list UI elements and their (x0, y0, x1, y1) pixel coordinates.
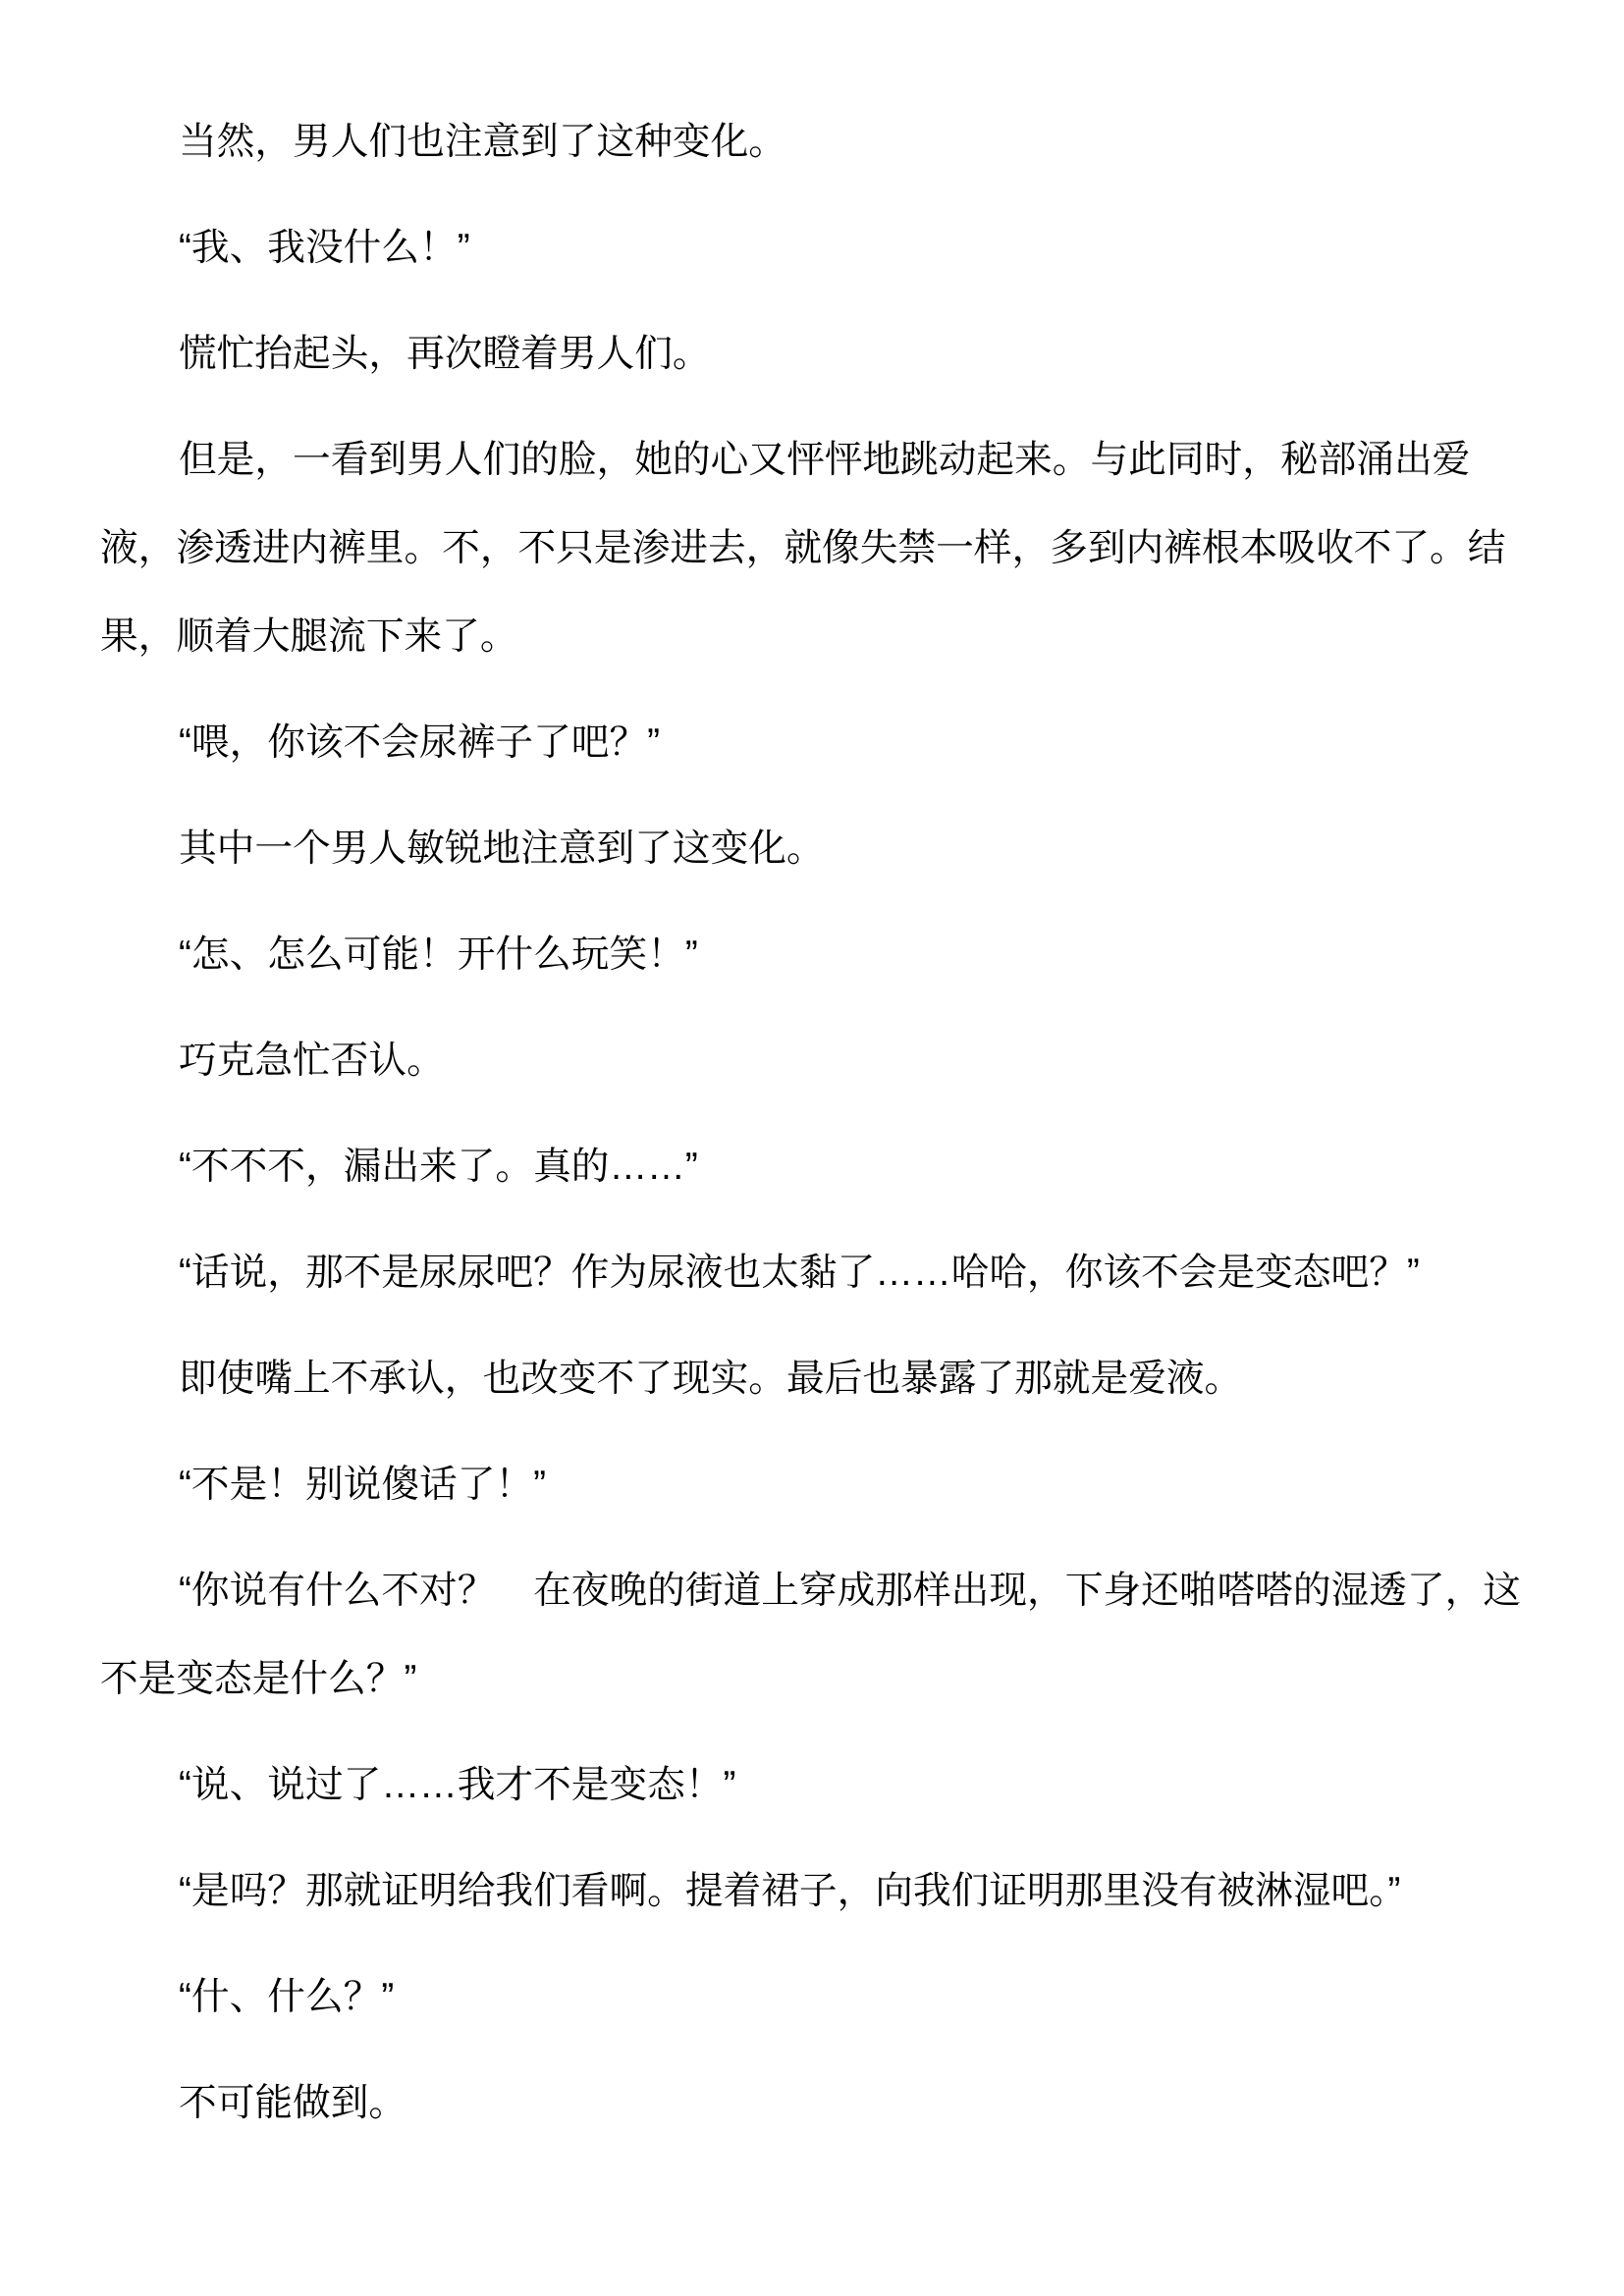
paragraph: 慌忙抬起头，再次瞪着男人们。 (100, 310, 1543, 399)
paragraph: “说、说过了……我才不是变态！” (100, 1741, 1543, 1830)
text-line: “话说，那不是尿尿吧？作为尿液也太黏了……哈哈，你该不会是变态吧？” (100, 1229, 1543, 1317)
paragraph: 当然，男人们也注意到了这种变化。 (100, 98, 1543, 187)
paragraph: “喂，你该不会尿裤子了吧？” (100, 699, 1543, 787)
text-line: “喂，你该不会尿裤子了吧？” (100, 699, 1543, 787)
paragraph: “不不不，漏出来了。真的……” (100, 1123, 1543, 1211)
text-line: “怎、怎么可能！开什么玩笑！” (100, 911, 1543, 999)
text-line: 液，渗透进内裤里。不，不只是渗进去，就像失禁一样，多到内裤根本吸收不了。结 (100, 505, 1543, 593)
paragraph: 但是，一看到男人们的脸，她的心又怦怦地跳动起来。与此同时，秘部涌出爱液，渗透进内… (100, 416, 1543, 681)
paragraph: “是吗？那就证明给我们看啊。提着裙子，向我们证明那里没有被淋湿吧。” (100, 1847, 1543, 1936)
text-line: “你说有什么不对？ 在夜晚的街道上穿成那样出现，下身还啪嗒嗒的湿透了，这 (100, 1547, 1543, 1635)
paragraph: “不是！别说傻话了！” (100, 1441, 1543, 1529)
text-line: 但是，一看到男人们的脸，她的心又怦怦地跳动起来。与此同时，秘部涌出爱 (100, 416, 1543, 505)
paragraph: “你说有什么不对？ 在夜晚的街道上穿成那样出现，下身还啪嗒嗒的湿透了，这不是变态… (100, 1547, 1543, 1724)
text-line: 果，顺着大腿流下来了。 (100, 593, 1543, 681)
paragraph: 不可能做到。 (100, 2059, 1543, 2148)
paragraph: 即使嘴上不承认，也改变不了现实。最后也暴露了那就是爱液。 (100, 1335, 1543, 1423)
text-line: 巧克急忙否认。 (100, 1017, 1543, 1105)
paragraph: 其中一个男人敏锐地注意到了这变化。 (100, 805, 1543, 893)
text-line: 当然，男人们也注意到了这种变化。 (100, 98, 1543, 187)
text-line: 慌忙抬起头，再次瞪着男人们。 (100, 310, 1543, 399)
text-line: 不是变态是什么？” (100, 1635, 1543, 1724)
text-body: 当然，男人们也注意到了这种变化。“我、我没什么！”慌忙抬起头，再次瞪着男人们。但… (100, 98, 1543, 2165)
paragraph: “什、什么？” (100, 1953, 1543, 2042)
text-line: 其中一个男人敏锐地注意到了这变化。 (100, 805, 1543, 893)
paragraph: “我、我没什么！” (100, 204, 1543, 293)
text-line: “不是！别说傻话了！” (100, 1441, 1543, 1529)
paragraph: “怎、怎么可能！开什么玩笑！” (100, 911, 1543, 999)
paragraph: “话说，那不是尿尿吧？作为尿液也太黏了……哈哈，你该不会是变态吧？” (100, 1229, 1543, 1317)
text-line: “我、我没什么！” (100, 204, 1543, 293)
text-line: “是吗？那就证明给我们看啊。提着裙子，向我们证明那里没有被淋湿吧。” (100, 1847, 1543, 1936)
text-line: “说、说过了……我才不是变态！” (100, 1741, 1543, 1830)
text-line: “不不不，漏出来了。真的……” (100, 1123, 1543, 1211)
document-page: 当然，男人们也注意到了这种变化。“我、我没什么！”慌忙抬起头，再次瞪着男人们。但… (0, 0, 1624, 2296)
text-line: 即使嘴上不承认，也改变不了现实。最后也暴露了那就是爱液。 (100, 1335, 1543, 1423)
text-line: 不可能做到。 (100, 2059, 1543, 2148)
paragraph: 巧克急忙否认。 (100, 1017, 1543, 1105)
text-line: “什、什么？” (100, 1953, 1543, 2042)
